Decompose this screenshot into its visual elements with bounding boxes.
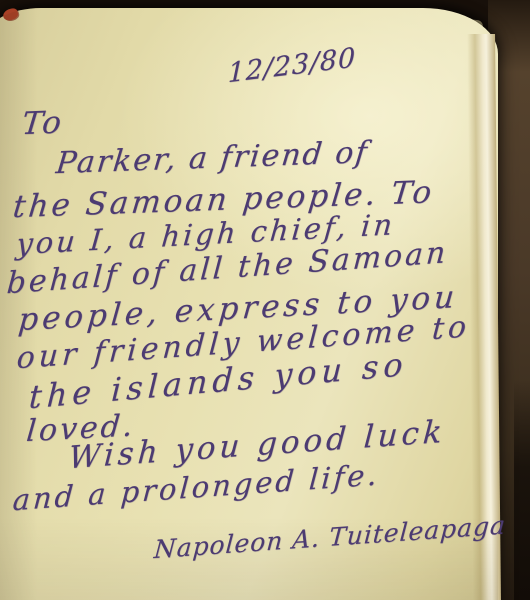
shadow-strip [514,380,530,600]
book-inscription-photo: 12/23/80 To Parker, a friend of the Samo… [0,0,530,600]
handwritten-line-to: To [20,105,65,143]
